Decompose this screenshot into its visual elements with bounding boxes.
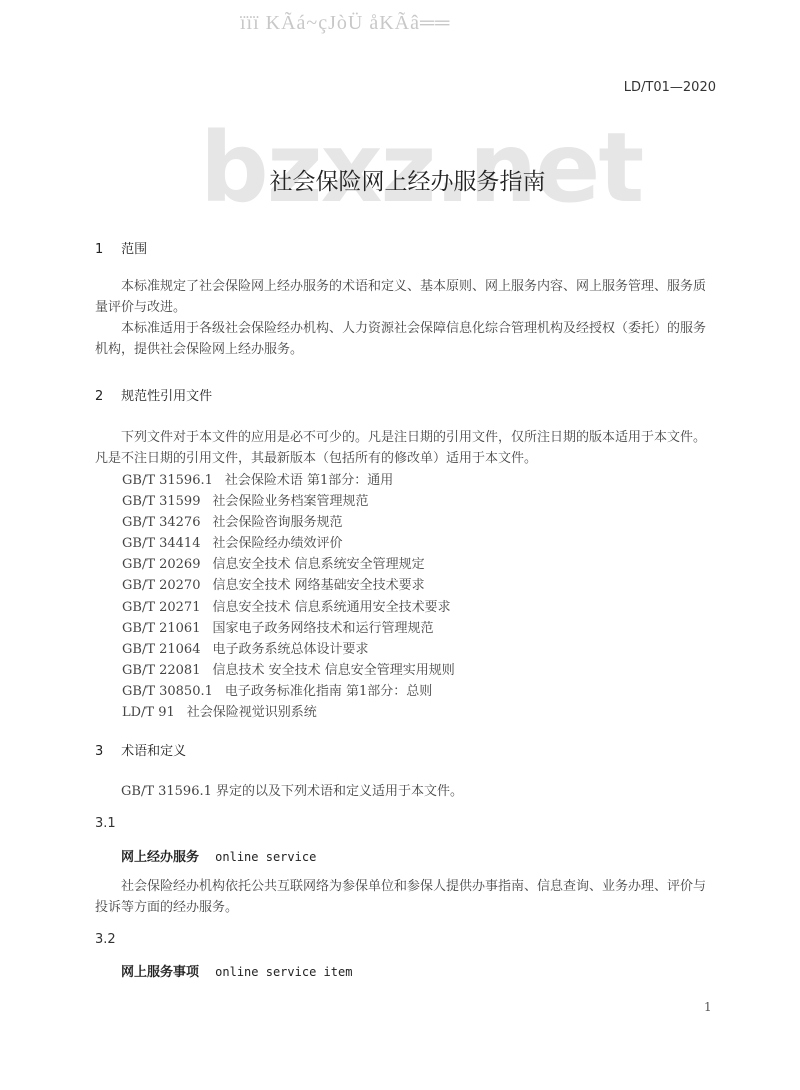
term-english: online service item	[215, 965, 352, 979]
reference-item: GB/T 31596.1社会保险术语 第1部分：通用	[122, 470, 455, 491]
page-number: 1	[704, 1000, 712, 1014]
section-3-heading: 3 术语和定义	[95, 740, 186, 759]
section-2-heading: 2 规范性引用文件	[95, 385, 212, 404]
reference-title: 信息安全技术 信息系统安全管理规定	[212, 557, 424, 572]
section-number: 1	[95, 242, 117, 257]
reference-code: GB/T 31596.1	[122, 470, 213, 491]
section-2-paragraph: 下列文件对于本文件的应用是必不可少的。凡是注日期的引用文件，仅所注日期的版本适用…	[95, 427, 715, 469]
reference-item: GB/T 31599社会保险业务档案管理规范	[122, 491, 455, 512]
reference-title: 社会保险咨询服务规范	[212, 515, 342, 530]
clause-3-2-number: 3.2	[95, 932, 116, 947]
term-chinese: 网上服务事项	[121, 965, 199, 980]
document-title: 社会保险网上经办服务指南	[0, 163, 800, 196]
term-3-1: 网上经办服务 online service	[121, 846, 316, 865]
reference-item: GB/T 21064电子政务系统总体设计要求	[122, 639, 455, 660]
reference-item: GB/T 22081信息技术 安全技术 信息安全管理实用规则	[122, 660, 455, 681]
reference-code: GB/T 20270	[122, 575, 200, 596]
term-chinese: 网上经办服务	[121, 850, 199, 865]
reference-code: GB/T 31599	[122, 491, 200, 512]
garbled-header-text: ïïï KÃá~çJòÜ åKÃâ══	[240, 12, 450, 35]
reference-item: GB/T 20271信息安全技术 信息系统通用安全技术要求	[122, 597, 455, 618]
reference-item: GB/T 30850.1电子政务标准化指南 第1部分：总则	[122, 681, 455, 702]
reference-title: 信息安全技术 网络基础安全技术要求	[212, 578, 424, 593]
reference-title: 信息安全技术 信息系统通用安全技术要求	[212, 600, 450, 615]
reference-item: GB/T 34414社会保险经办绩效评价	[122, 533, 455, 554]
section-title: 术语和定义	[121, 744, 186, 759]
section-title: 范围	[121, 242, 147, 257]
normative-references-list: GB/T 31596.1社会保险术语 第1部分：通用 GB/T 31599社会保…	[122, 470, 455, 723]
reference-item: GB/T 34276社会保险咨询服务规范	[122, 512, 455, 533]
term-3-1-definition: 社会保险经办机构依托公共互联网络为参保单位和参保人提供办事指南、信息查询、业务办…	[95, 876, 715, 918]
reference-title: 社会保险经办绩效评价	[212, 536, 342, 551]
section-1-paragraph-2: 本标准适用于各级社会保险经办机构、人力资源社会保障信息化综合管理机构及经授权（委…	[95, 318, 715, 360]
document-number: LD/T01—2020	[624, 80, 716, 95]
reference-item: GB/T 20270信息安全技术 网络基础安全技术要求	[122, 575, 455, 596]
reference-title: 信息技术 安全技术 信息安全管理实用规则	[212, 663, 454, 678]
reference-title: 社会保险术语 第1部分：通用	[225, 473, 393, 488]
reference-code: GB/T 34276	[122, 512, 200, 533]
term-english: online service	[215, 850, 316, 864]
section-title: 规范性引用文件	[121, 389, 212, 404]
reference-code: GB/T 20269	[122, 554, 200, 575]
section-3-paragraph: GB/T 31596.1 界定的以及下列术语和定义适用于本文件。	[95, 781, 715, 802]
term-3-2: 网上服务事项 online service item	[121, 961, 352, 980]
reference-code: GB/T 20271	[122, 597, 200, 618]
reference-code: GB/T 30850.1	[122, 681, 213, 702]
reference-title: 社会保险业务档案管理规范	[212, 494, 368, 509]
section-number: 3	[95, 744, 117, 759]
reference-title: 社会保险视觉识别系统	[187, 705, 317, 720]
reference-title: 电子政务系统总体设计要求	[212, 642, 368, 657]
section-number: 2	[95, 389, 117, 404]
reference-code: GB/T 21061	[122, 618, 200, 639]
reference-title: 国家电子政务网络技术和运行管理规范	[212, 621, 433, 636]
reference-item: LD/T 91社会保险视觉识别系统	[122, 702, 455, 723]
section-1-heading: 1 范围	[95, 238, 147, 257]
reference-title: 电子政务标准化指南 第1部分：总则	[225, 684, 432, 699]
reference-code: GB/T 34414	[122, 533, 200, 554]
reference-code: GB/T 21064	[122, 639, 200, 660]
clause-3-1-number: 3.1	[95, 816, 116, 831]
reference-code: GB/T 22081	[122, 660, 200, 681]
reference-item: GB/T 20269信息安全技术 信息系统安全管理规定	[122, 554, 455, 575]
reference-code: LD/T 91	[122, 702, 175, 723]
section-1-paragraph-1: 本标准规定了社会保险网上经办服务的术语和定义、基本原则、网上服务内容、网上服务管…	[95, 276, 715, 318]
reference-item: GB/T 21061国家电子政务网络技术和运行管理规范	[122, 618, 455, 639]
